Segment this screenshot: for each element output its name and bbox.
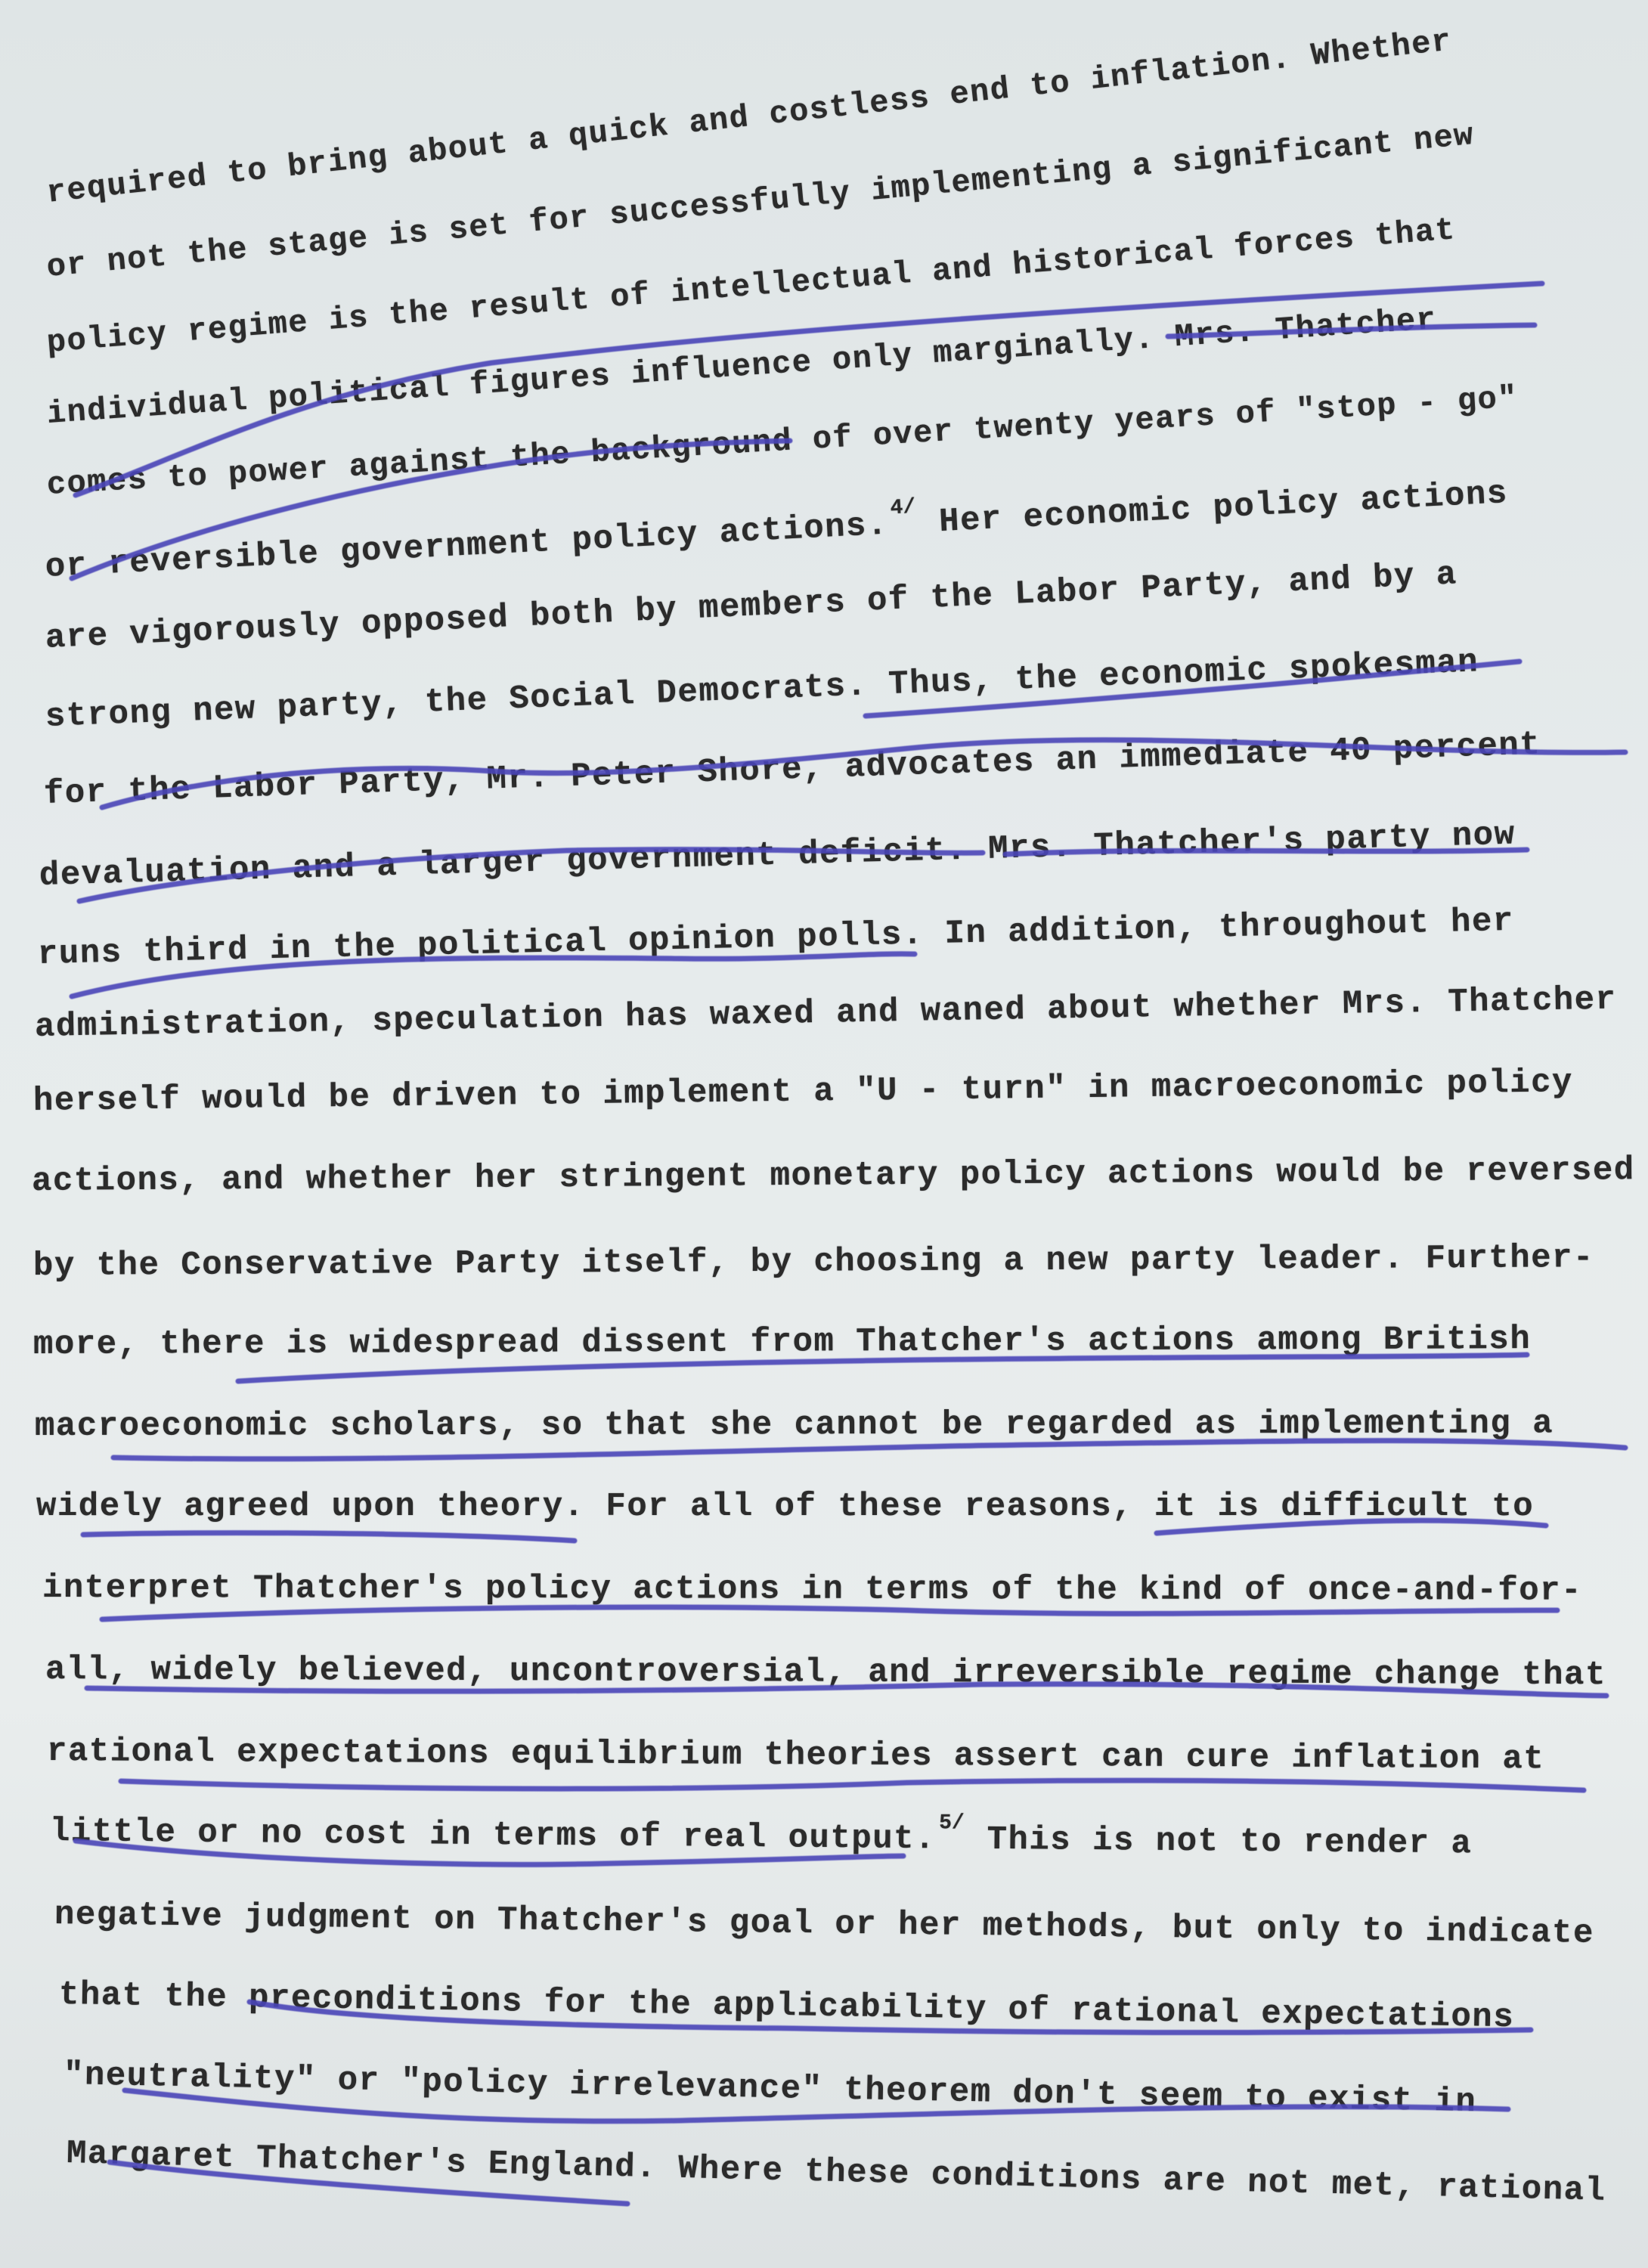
footnote-marker-5[interactable]: 5/ bbox=[939, 1811, 965, 1835]
text-line-14: actions, and whether her stringent monet… bbox=[32, 1151, 1635, 1201]
text-line-10: devaluation and a larger government defi… bbox=[39, 816, 1516, 895]
text-line-22-end: This is not to render a bbox=[987, 1821, 1472, 1864]
text-line-13: herself would be driven to implement a "… bbox=[33, 1064, 1573, 1120]
underline-widely-agreed bbox=[83, 1533, 575, 1541]
text-line-15: by the Conservative Party itself, by cho… bbox=[33, 1239, 1594, 1285]
text-line-9: for the Labor Party, Mr. Peter Shore, ad… bbox=[43, 726, 1541, 813]
text-line-6-end: Her economic policy actions bbox=[938, 475, 1509, 541]
text-line-12: administration, speculation has waxed an… bbox=[35, 981, 1617, 1046]
text-line-22: little or no cost in terms of real outpu… bbox=[50, 1813, 1473, 1863]
text-line-17: macroeconomic scholars, so that she cann… bbox=[35, 1405, 1554, 1445]
text-line-6-start: or reversible government policy actions. bbox=[45, 507, 889, 587]
text-line-16: more, there is widespread dissent from T… bbox=[33, 1321, 1531, 1364]
text-line-18: widely agreed upon theory. For all of th… bbox=[36, 1488, 1534, 1526]
text-line-26: Margaret Thatcher's England. Where these… bbox=[66, 2135, 1606, 2211]
text-line-19: interpret Thatcher's policy actions in t… bbox=[42, 1569, 1582, 1610]
text-line-21: rational expectations equilibrium theori… bbox=[47, 1733, 1544, 1778]
text-line-8: strong new party, the Social Democrats. … bbox=[45, 643, 1479, 736]
footnote-marker-4[interactable]: 4/ bbox=[890, 496, 916, 521]
text-line-23: negative judgment on Thatcher's goal or … bbox=[54, 1896, 1594, 1953]
typewritten-page: required to bring about a quick and cost… bbox=[0, 0, 1648, 2268]
text-line-11: runs third in the political opinion poll… bbox=[37, 903, 1514, 974]
text-line-22-start: little or no cost in terms of real outpu… bbox=[50, 1813, 936, 1858]
text-line-20: all, widely believed, uncontroversial, a… bbox=[45, 1651, 1606, 1694]
underline-rational-expectations bbox=[121, 1780, 1584, 1790]
text-line-25: "neutrality" or "policy irrelevance" the… bbox=[64, 2056, 1477, 2121]
text-line-1: required to bring about a quick and cost… bbox=[45, 23, 1454, 212]
text-line-24: that the preconditions for the applicabi… bbox=[59, 1976, 1515, 2037]
